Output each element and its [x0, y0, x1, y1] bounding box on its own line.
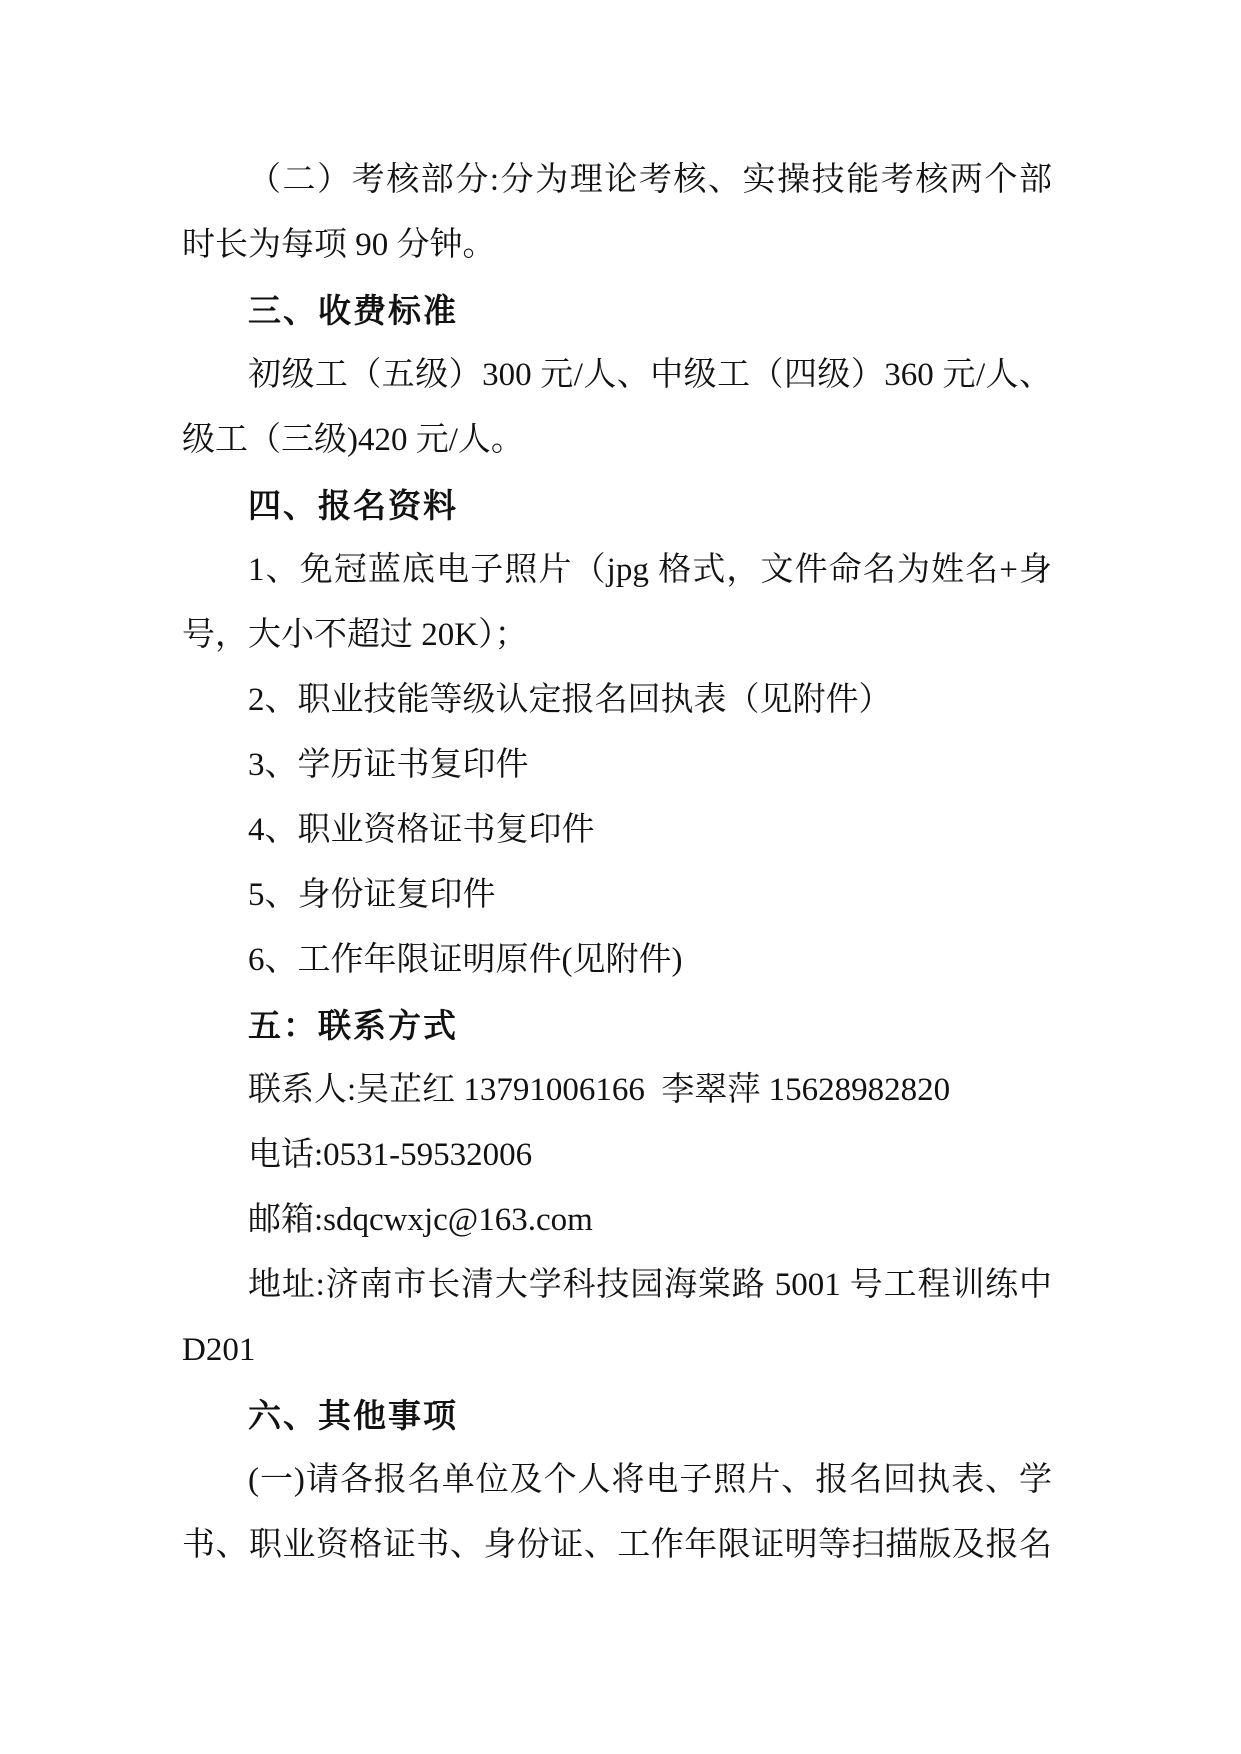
- list-item-qualification-copy: 4、职业资格证书复印件: [182, 798, 1052, 863]
- contact-address-line2: D201: [182, 1318, 1052, 1383]
- contact-person-line: 联系人:吴芷红 13791006166 李翠萍 15628982820: [182, 1058, 1052, 1123]
- paragraph-fee-line2: 级工（三级)420 元/人。: [182, 408, 1052, 473]
- document-content: （二）考核部分:分为理论考核、实操技能考核两个部分， 时长为每项 90 分钟。 …: [182, 148, 1052, 1578]
- list-item-diploma-copy: 3、学历证书复印件: [182, 733, 1052, 798]
- paragraph-other-line2: 书、职业资格证书、身份证、工作年限证明等扫描版及报名回执: [182, 1513, 1052, 1578]
- contact-email-line: 邮箱:sdqcwxjc@163.com: [182, 1188, 1052, 1253]
- list-item-receipt-form: 2、职业技能等级认定报名回执表（见附件）: [182, 668, 1052, 733]
- contact-address-line1: 地址:济南市长清大学科技园海棠路 5001 号工程训练中心: [182, 1253, 1052, 1318]
- heading-contact-info: 五：联系方式: [182, 993, 1052, 1058]
- paragraph-other-line1: (一)请各报名单位及个人将电子照片、报名回执表、学历证: [182, 1448, 1052, 1513]
- paragraph-exam-part-line1: （二）考核部分:分为理论考核、实操技能考核两个部分，: [182, 148, 1052, 213]
- paragraph-exam-part-line2: 时长为每项 90 分钟。: [182, 213, 1052, 278]
- heading-registration-materials: 四、报名资料: [182, 473, 1052, 538]
- paragraph-fee-line1: 初级工（五级）300 元/人、中级工（四级）360 元/人、高: [182, 343, 1052, 408]
- list-item-id-copy: 5、身份证复印件: [182, 863, 1052, 928]
- list-item-photo-line1: 1、免冠蓝底电子照片（jpg 格式，文件命名为姓名+身份证: [182, 538, 1052, 603]
- heading-other-matters: 六、其他事项: [182, 1383, 1052, 1448]
- contact-phone-line: 电话:0531-59532006: [182, 1123, 1052, 1188]
- list-item-photo-line2: 号，大小不超过 20K）；: [182, 603, 1052, 668]
- heading-fee-standard: 三、收费标准: [182, 278, 1052, 343]
- document-page: （二）考核部分:分为理论考核、实操技能考核两个部分， 时长为每项 90 分钟。 …: [0, 0, 1241, 1754]
- list-item-work-years-proof: 6、工作年限证明原件(见附件): [182, 928, 1052, 993]
